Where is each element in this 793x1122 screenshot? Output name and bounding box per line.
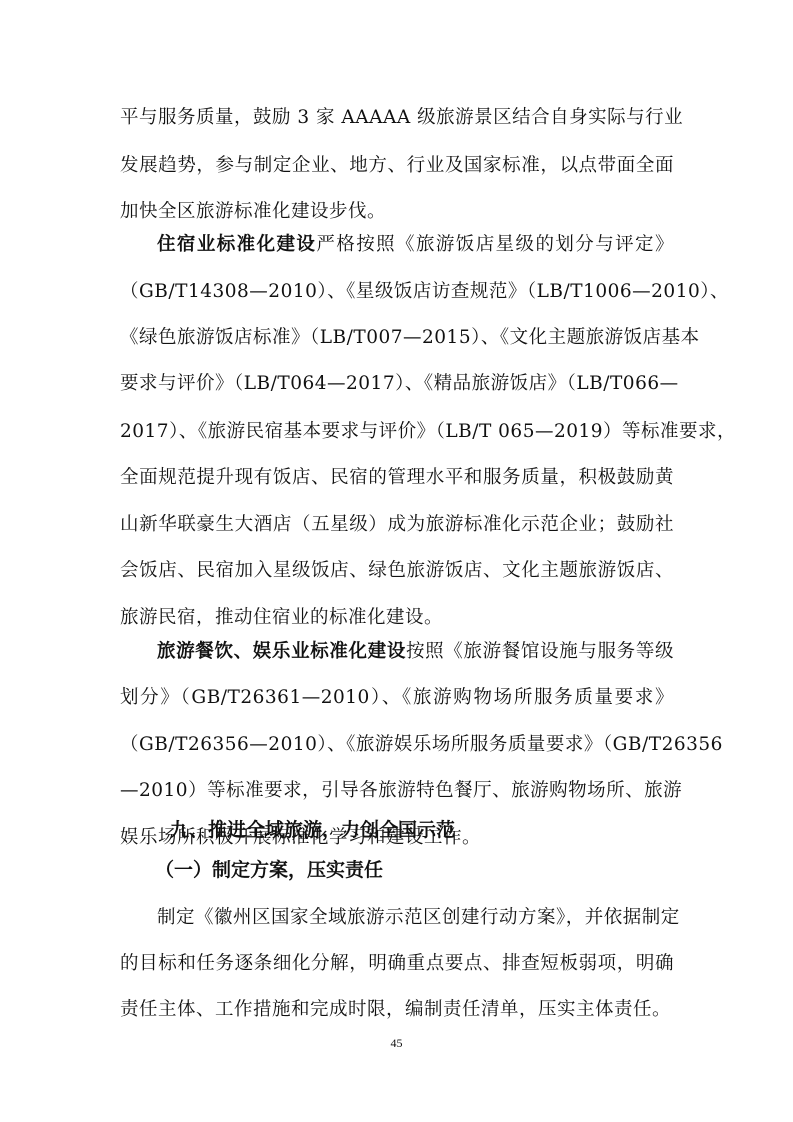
- paragraph-text: 按照《旅游餐馆设施与服务等级: [406, 641, 674, 662]
- paragraph-line: 山新华联豪生大酒店（五星级）成为旅游标准化示范企业；鼓励社: [120, 513, 674, 537]
- paragraph-line: 旅游民宿，推动住宿业的标准化建设。: [120, 606, 674, 630]
- paragraph-first-line: 住宿业标准化建设严格按照《旅游饭店星级的划分与评定》: [157, 233, 674, 257]
- subsection-heading: （一）制定方案，压实责任: [155, 858, 383, 882]
- paragraph-line: （GB/T26356—2010）、《旅游娱乐场所服务质量要求》（GB/T2635…: [120, 733, 674, 757]
- paragraph-line: 责任主体、工作措施和完成时限，编制责任清单，压实主体责任。: [120, 998, 674, 1022]
- paragraph-text: 严格按照《旅游饭店星级的划分与评定》: [316, 234, 674, 255]
- page-number: 45: [0, 1036, 793, 1051]
- paragraph-line: 全面规范提升现有饭店、民宿的管理水平和服务质量，积极鼓励黄: [120, 466, 674, 490]
- paragraph-line: 会饭店、民宿加入星级饭店、绿色旅游饭店、文化主题旅游饭店、: [120, 559, 674, 583]
- paragraph-line: 发展趋势，参与制定企业、地方、行业及国家标准，以点带面全面: [120, 154, 674, 178]
- paragraph-line: 要求与评价》（LB/T064—2017）、《精品旅游饭店》（LB/T066—: [120, 372, 674, 396]
- paragraph-line: 《绿色旅游饭店标准》（LB/T007—2015）、《文化主题旅游饭店基本: [120, 326, 674, 350]
- paragraph-line: 加快全区旅游标准化建设步伐。: [120, 200, 674, 224]
- paragraph-line: —2010）等标准要求，引导各旅游特色餐厅、旅游购物场所、旅游: [120, 779, 674, 803]
- paragraph-first-line: 旅游餐饮、娱乐业标准化建设按照《旅游餐馆设施与服务等级: [157, 640, 674, 664]
- paragraph-line: 划分》（GB/T26361—2010）、《旅游购物场所服务质量要求》: [120, 686, 674, 710]
- bold-lead-text: 住宿业标准化建设: [157, 234, 316, 255]
- paragraph-line: 制定《徽州区国家全域旅游示范区创建行动方案》，并依据制定: [157, 906, 674, 930]
- paragraph-line: 平与服务质量，鼓励 3 家 AAAAA 级旅游景区结合自身实际与行业: [120, 106, 674, 130]
- paragraph-line: 2017）、《旅游民宿基本要求与评价》（LB/T 065—2019）等标准要求，: [120, 420, 674, 444]
- paragraph-line: 的目标和任务逐条细化分解，明确重点要点、排查短板弱项，明确: [120, 952, 674, 976]
- paragraph-line: （GB/T14308—2010）、《星级饭店访查规范》（LB/T1006—201…: [120, 280, 674, 304]
- section-heading: 九、推进全域旅游，力创全国示范: [170, 818, 455, 842]
- bold-lead-text: 旅游餐饮、娱乐业标准化建设: [157, 641, 406, 662]
